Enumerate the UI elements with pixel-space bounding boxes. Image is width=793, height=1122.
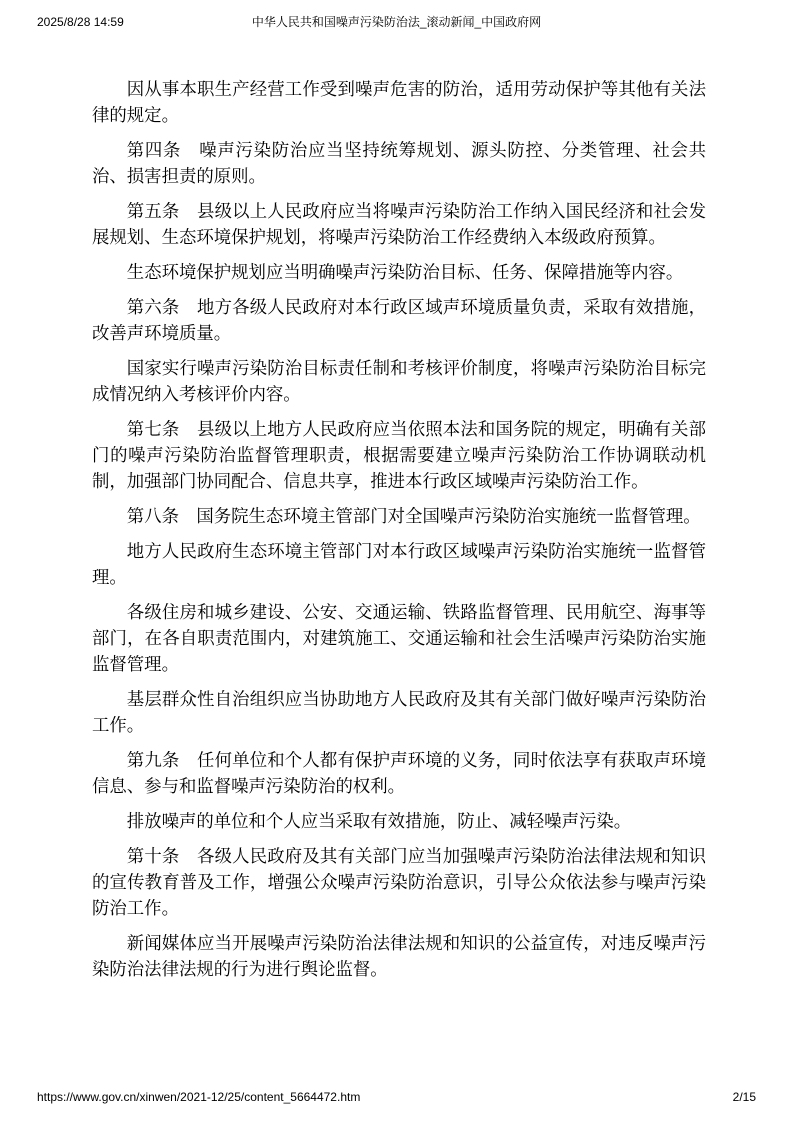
paragraph: 国家实行噪声污染防治目标责任制和考核评价制度，将噪声污染防治目标完成情况纳入考核… (92, 355, 706, 407)
print-footer: https://www.gov.cn/xinwen/2021-12/25/con… (37, 1089, 756, 1105)
document-body: 因从事本职生产经营工作受到噪声危害的防治，适用劳动保护等其他有关法律的规定。第四… (92, 76, 706, 991)
paragraph: 第四条 噪声污染防治应当坚持统筹规划、源头防控、分类管理、社会共治、损害担责的原… (92, 137, 706, 189)
paragraph: 第六条 地方各级人民政府对本行政区域声环境质量负责，采取有效措施，改善声环境质量… (92, 294, 706, 346)
paragraph: 第五条 县级以上人民政府应当将噪声污染防治工作纳入国民经济和社会发展规划、生态环… (92, 198, 706, 250)
paragraph: 新闻媒体应当开展噪声污染防治法律法规和知识的公益宣传，对违反噪声污染防治法律法规… (92, 930, 706, 982)
paragraph: 地方人民政府生态环境主管部门对本行政区域噪声污染防治实施统一监督管理。 (92, 538, 706, 590)
paragraph: 基层群众性自治组织应当协助地方人民政府及其有关部门做好噪声污染防治工作。 (92, 686, 706, 738)
source-url: https://www.gov.cn/xinwen/2021-12/25/con… (37, 1089, 360, 1105)
paragraph: 因从事本职生产经营工作受到噪声危害的防治，适用劳动保护等其他有关法律的规定。 (92, 76, 706, 128)
print-title: 中华人民共和国噪声污染防治法_滚动新闻_中国政府网 (37, 14, 756, 30)
print-header: 2025/8/28 14:59 中华人民共和国噪声污染防治法_滚动新闻_中国政府… (37, 14, 756, 30)
paragraph: 第九条 任何单位和个人都有保护声环境的义务，同时依法享有获取声环境信息、参与和监… (92, 747, 706, 799)
paragraph: 第七条 县级以上地方人民政府应当依照本法和国务院的规定，明确有关部门的噪声污染防… (92, 416, 706, 494)
printed-page: 2025/8/28 14:59 中华人民共和国噪声污染防治法_滚动新闻_中国政府… (0, 0, 793, 1122)
page-number: 2/15 (733, 1089, 756, 1105)
paragraph: 第十条 各级人民政府及其有关部门应当加强噪声污染防治法律法规和知识的宣传教育普及… (92, 843, 706, 921)
paragraph: 第八条 国务院生态环境主管部门对全国噪声污染防治实施统一监督管理。 (92, 503, 706, 529)
paragraph: 各级住房和城乡建设、公安、交通运输、铁路监督管理、民用航空、海事等部门，在各自职… (92, 599, 706, 677)
paragraph: 生态环境保护规划应当明确噪声污染防治目标、任务、保障措施等内容。 (92, 259, 706, 285)
paragraph: 排放噪声的单位和个人应当采取有效措施，防止、减轻噪声污染。 (92, 808, 706, 834)
